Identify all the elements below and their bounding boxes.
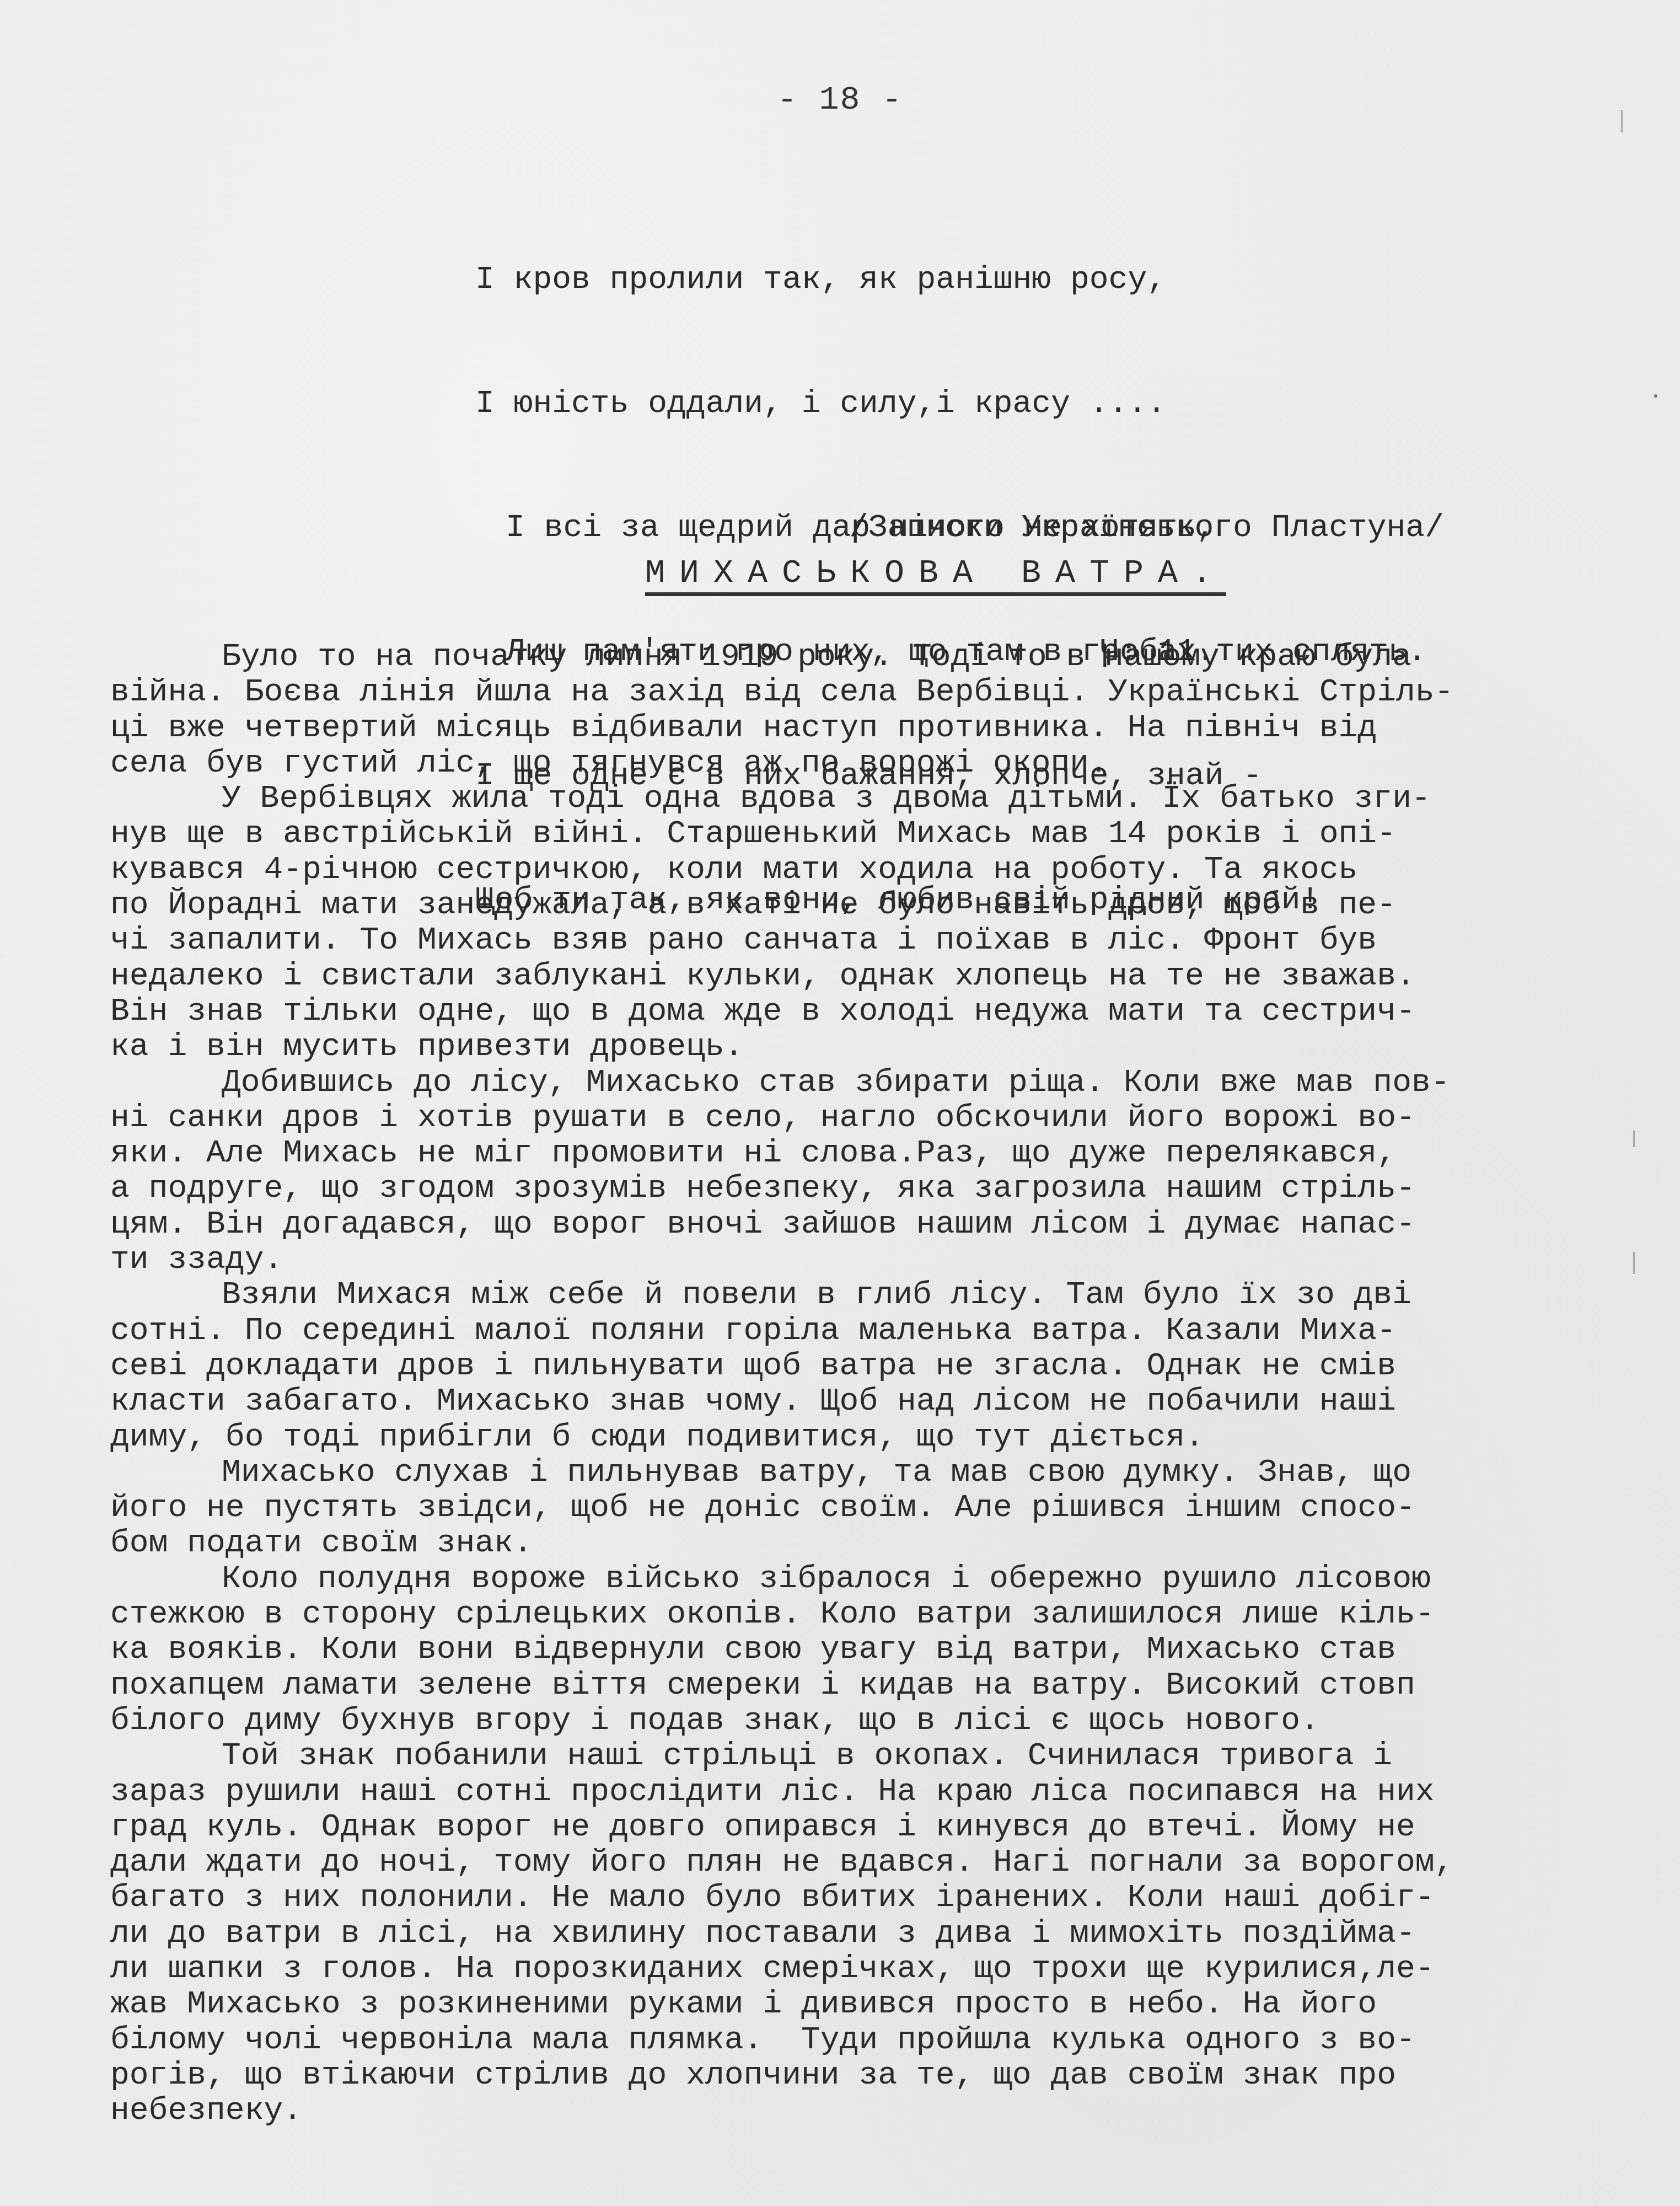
story-line: рогів, що втікаючи стрілив до хлопчини з…	[110, 2058, 1610, 2093]
scan-mark	[1621, 110, 1623, 132]
story-line: похапцем ламати зелене віття смереки і к…	[110, 1668, 1610, 1704]
story-line: ні санки дров і хотів рушати в село, наг…	[110, 1101, 1610, 1136]
poem-line: І юність оддали, і силу,і красу ....	[475, 383, 1427, 425]
story-line: ли шапки з голов. На порозкиданих смеріч…	[110, 1952, 1610, 1987]
story-line: чі запалити. То Михась взяв рано санчата…	[110, 923, 1610, 959]
scan-mark	[1633, 1131, 1635, 1147]
story-title: МИХАСЬКОВА ВАТРА.	[645, 556, 1226, 596]
story-line: ка вояків. Коли вони відвернули свою ува…	[110, 1632, 1610, 1668]
story-line: ли до ватри в лісі, на хвилину поставали…	[110, 1916, 1610, 1952]
source-title: /Записки Українського Пластуна/	[849, 507, 1444, 549]
poem-line: І кров пролили так, як ранішню росу,	[475, 259, 1427, 301]
scan-speck	[1654, 394, 1657, 398]
story-line: по Йорадні мати занедужала, а в хаті не …	[110, 888, 1610, 923]
story-line: диму, бо тоді прибігли б сюди подивитися…	[110, 1420, 1610, 1455]
story-line: сотні. По середині малої поляни горіла м…	[110, 1314, 1610, 1349]
story-line: багато з них полонили. Не мало було вбит…	[110, 1881, 1610, 1916]
story-line: ти ззаду.	[110, 1243, 1610, 1278]
document-page: - 18 - І кров пролили так, як ранішню ро…	[0, 0, 1680, 2206]
story-line: його не пустять звідси, щоб не доніс сво…	[110, 1491, 1610, 1526]
story-line: Добившись до лісу, Михасько став збирати…	[110, 1065, 1610, 1101]
story-line: ці вже четвертий місяць відбивали наступ…	[110, 711, 1610, 746]
story-line: Михасько слухав і пильнував ватру, та ма…	[110, 1455, 1610, 1491]
story-line: град куль. Однак ворог не довго опирався…	[110, 1810, 1610, 1845]
story-line: нув ще в австрійській війні. Старшенький…	[110, 817, 1610, 852]
story-line: Коло полудня вороже військо зібралося і …	[110, 1562, 1610, 1597]
story-line: Взяли Михася між себе й повели в глиб лі…	[110, 1278, 1610, 1313]
story-line: села був густий ліс, що тягнувся аж по в…	[110, 746, 1610, 781]
story-line: недалеко і свистали заблукані кульки, од…	[110, 959, 1610, 994]
story-line: Він знав тільки одне, що в дома жде в хо…	[110, 994, 1610, 1030]
story-line: бом подати своїм знак.	[110, 1526, 1610, 1561]
story-line: класти забагато. Михасько знав чому. Щоб…	[110, 1384, 1610, 1420]
story-line: війна. Боєва лінія йшла на захід від сел…	[110, 675, 1610, 710]
story-line: Той знак побанили наші стрільці в окопах…	[110, 1739, 1610, 1774]
story-line: кувався 4-річною сестричкою, коли мати х…	[110, 853, 1610, 888]
story-line: Було то на початку липня 1919 року. Тоді…	[110, 640, 1610, 675]
story-line: небезпеку.	[110, 2093, 1610, 2129]
page-number: - 18 -	[0, 82, 1680, 119]
story-line: білому чолі червоніла мала плямка. Туди …	[110, 2023, 1610, 2058]
story-line: зараз рушили наші сотні прослідити ліс. …	[110, 1775, 1610, 1810]
story-line: севі докладати дров і пильнувати щоб ват…	[110, 1349, 1610, 1384]
story-line: У Вербівцях жила тоді одна вдова з двома…	[110, 781, 1610, 817]
story-line: а подруге, що згодом зрозумів небезпеку,…	[110, 1171, 1610, 1207]
story-line: жав Михасько з розкиненими руками і диви…	[110, 1987, 1610, 2022]
scan-mark	[1633, 1252, 1635, 1274]
story-body: Було то на початку липня 1919 року. Тоді…	[110, 640, 1610, 2129]
story-line: білого диму бухнув вгору і подав знак, щ…	[110, 1704, 1610, 1739]
story-line: дали ждати до ночі, тому його плян не вд…	[110, 1845, 1610, 1881]
story-line: цям. Він догадався, що ворог вночі зайшо…	[110, 1207, 1610, 1243]
story-line: стежкою в сторону сріле­цьких окопів. Ко…	[110, 1597, 1610, 1632]
story-line: ка і він мусить привезти дровець.	[110, 1030, 1610, 1065]
story-line: яки. Але Михась не міг промовити ні слов…	[110, 1136, 1610, 1171]
